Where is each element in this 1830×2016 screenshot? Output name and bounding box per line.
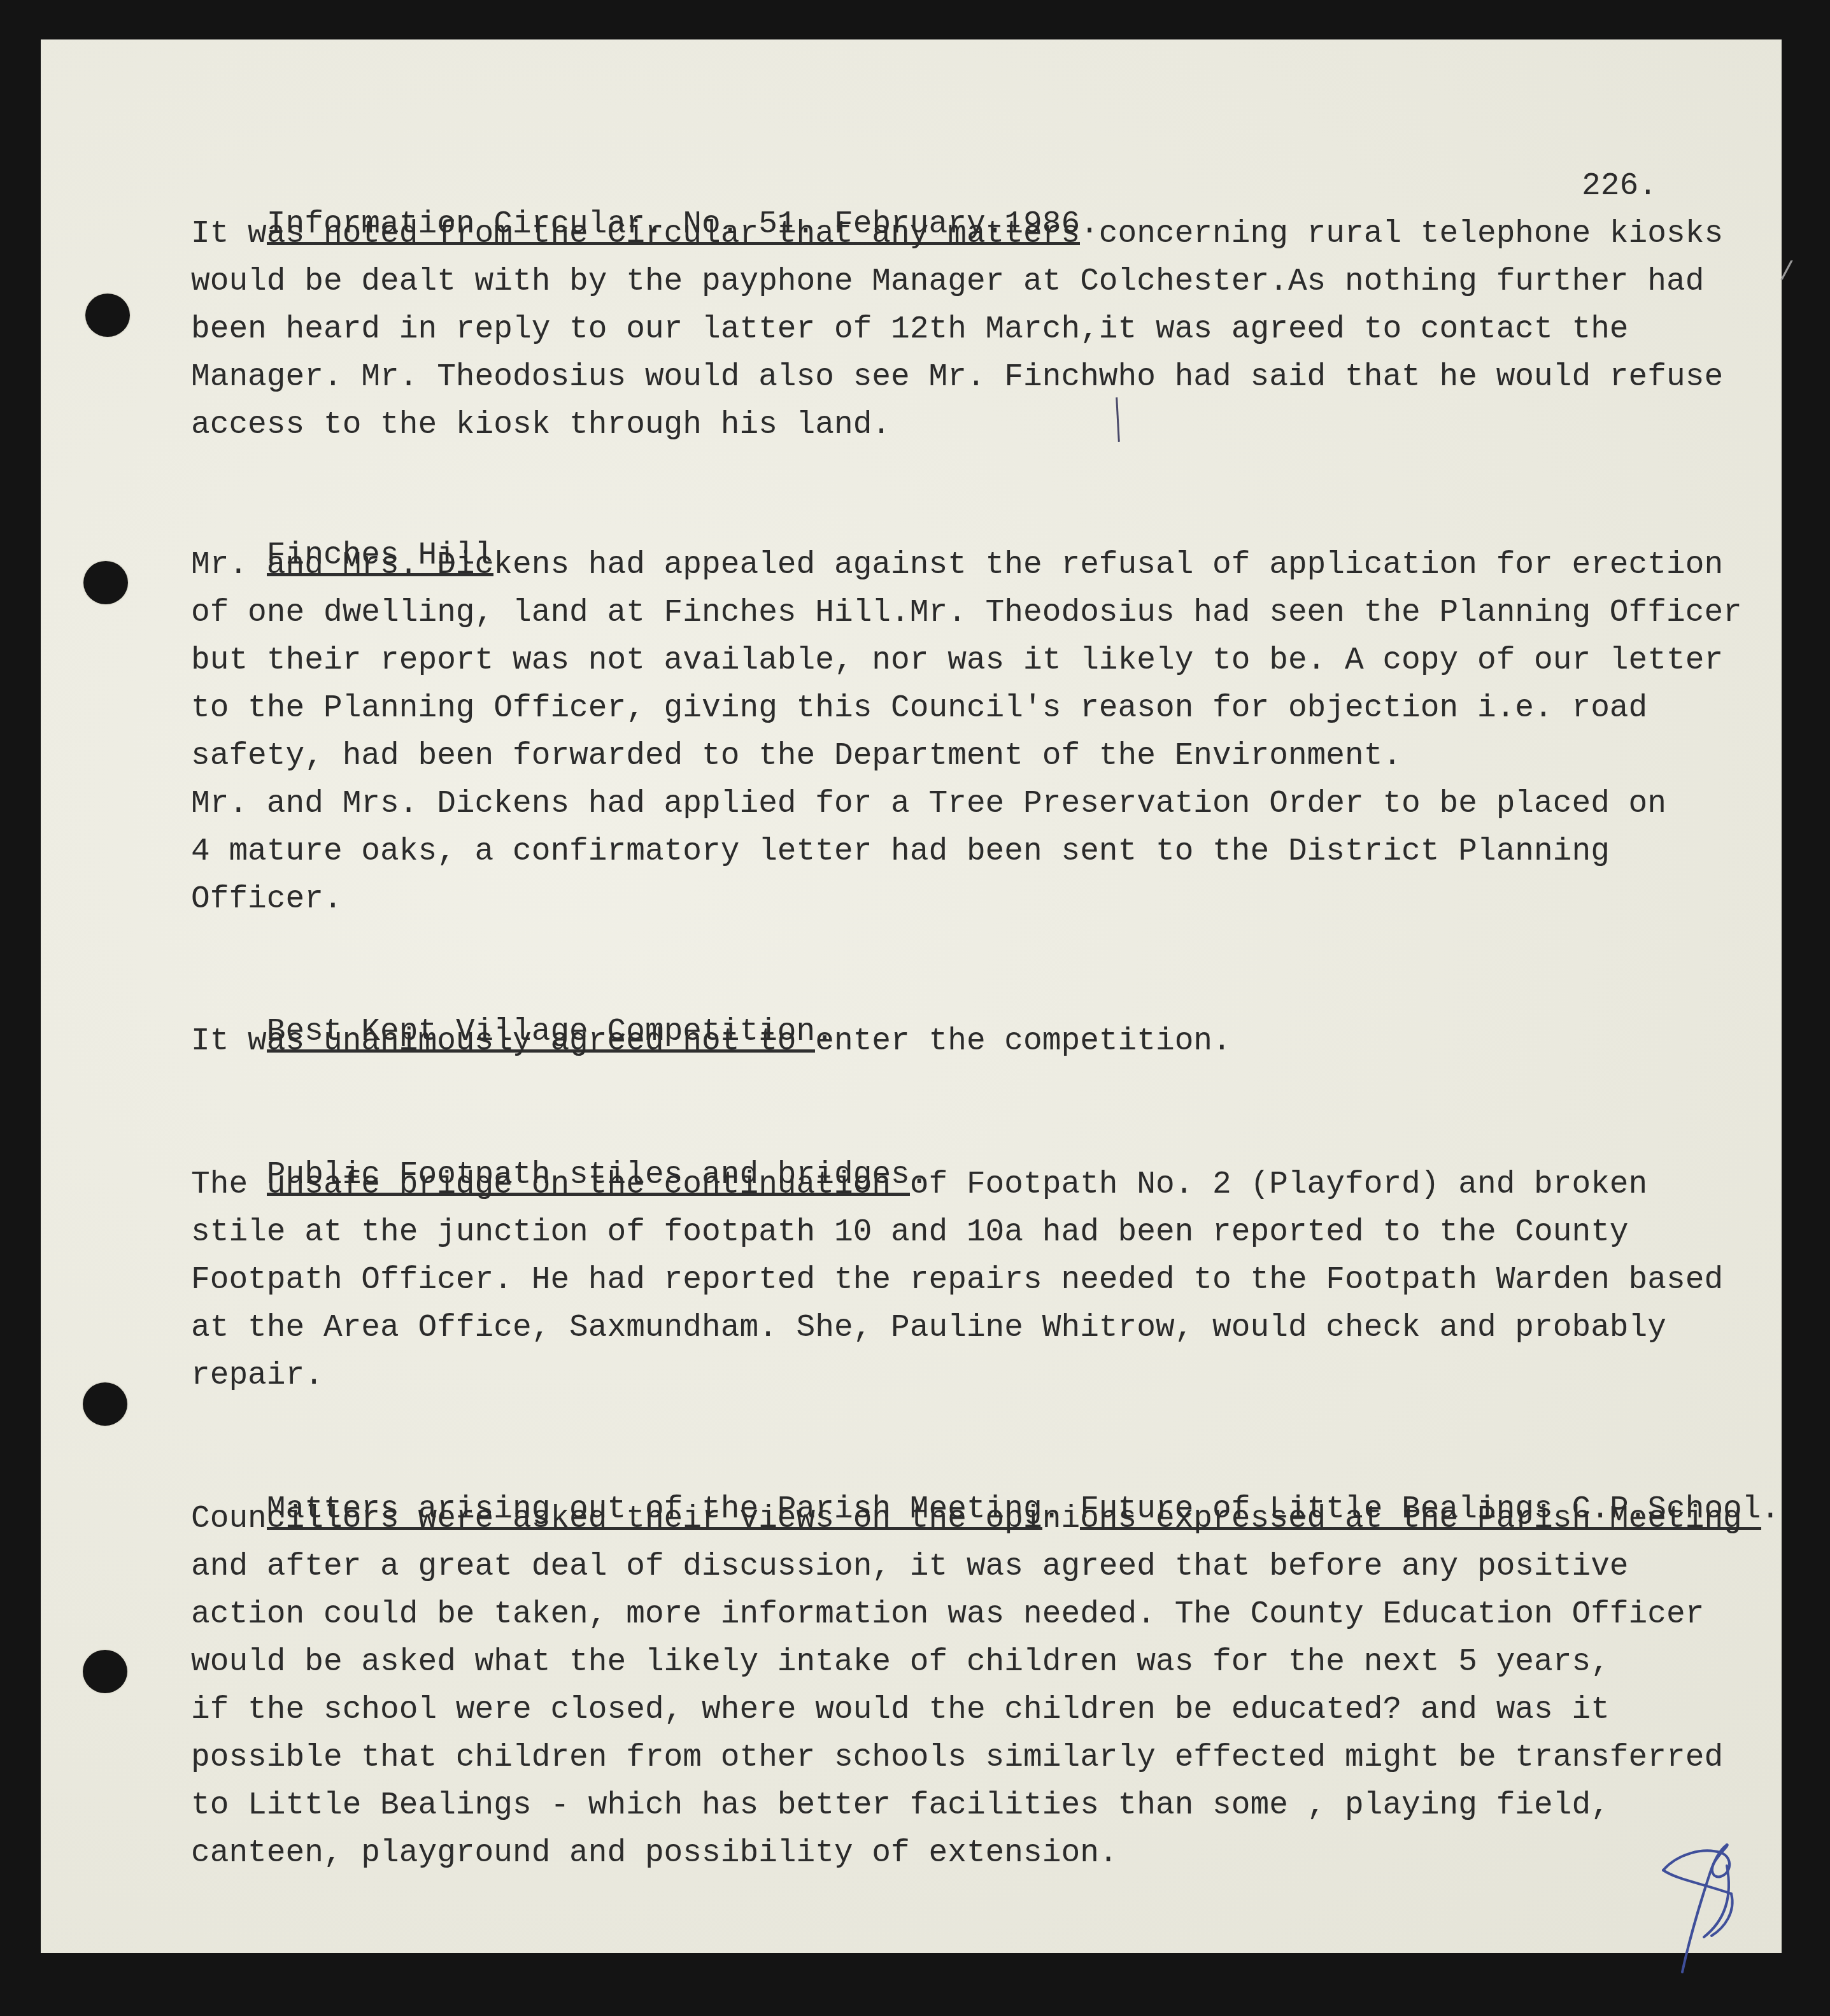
body-line: access to the kiosk through his land. — [191, 406, 891, 444]
body-line: Manager. Mr. Theodosius would also see M… — [191, 358, 1723, 396]
body-line: The unsafe bridge on the continuation of… — [191, 1165, 1647, 1203]
punch-hole — [83, 561, 128, 604]
pen-insertion-mark — [1116, 397, 1120, 442]
document-page: Information Circular. No. 51. February.1… — [41, 39, 1782, 1953]
body-line: to Little Bealings - which has better fa… — [191, 1786, 1610, 1824]
body-line: of one dwelling, land at Finches Hill.Mr… — [191, 593, 1742, 632]
margin-mark: / — [1779, 259, 1794, 288]
body-line: Officer. — [191, 880, 343, 918]
body-line: Councillors were asked their views on th… — [191, 1500, 1742, 1538]
body-line: if the school were closed, where would t… — [191, 1691, 1610, 1729]
body-line: would be dealt with by the payphone Mana… — [191, 262, 1704, 301]
body-line: at the Area Office, Saxmundham. She, Pau… — [191, 1309, 1666, 1347]
body-line: but their report was not available, nor … — [191, 641, 1723, 679]
body-line: It was noted from the Circular that any … — [191, 215, 1723, 253]
punch-hole — [83, 1650, 127, 1693]
section-heading: Public Footpath stiles and bridges. — [191, 1118, 929, 1156]
section-heading: Finches Hill — [191, 498, 493, 536]
body-line: stile at the junction of footpath 10 and… — [191, 1213, 1629, 1251]
body-line: repair. — [191, 1356, 323, 1395]
page-number: 226. — [1582, 167, 1657, 205]
body-line: 4 mature oaks, a confirmatory letter had… — [191, 832, 1610, 870]
body-line: would be asked what the likely intake of… — [191, 1643, 1610, 1681]
body-line: safety, had been forwarded to the Depart… — [191, 737, 1401, 775]
signature-initials — [1658, 1842, 1747, 1978]
body-line: It was unanimously agreed not to enter t… — [191, 1022, 1231, 1060]
section-heading: Best Kept Village Competition. — [191, 974, 834, 1012]
section-heading: Matters arising out of the Parish Meetin… — [191, 1452, 1780, 1490]
body-line: possible that children from other school… — [191, 1738, 1723, 1777]
body-line: canteen, playground and possibility of e… — [191, 1834, 1118, 1872]
body-line: Mr. and Mrs. Dickens had appealed agains… — [191, 546, 1723, 584]
body-line: Mr. and Mrs. Dickens had applied for a T… — [191, 784, 1666, 823]
circular-heading: Information Circular. No. 51. February.1… — [191, 167, 1099, 205]
punch-hole — [85, 294, 130, 337]
body-line: Footpath Officer. He had reported the re… — [191, 1261, 1723, 1299]
body-line: and after a great deal of discussion, it… — [191, 1547, 1629, 1586]
body-line: to the Planning Officer, giving this Cou… — [191, 689, 1647, 727]
punch-hole — [83, 1382, 127, 1426]
body-line: been heard in reply to our latter of 12t… — [191, 310, 1629, 348]
body-line: action could be taken, more information … — [191, 1595, 1704, 1633]
